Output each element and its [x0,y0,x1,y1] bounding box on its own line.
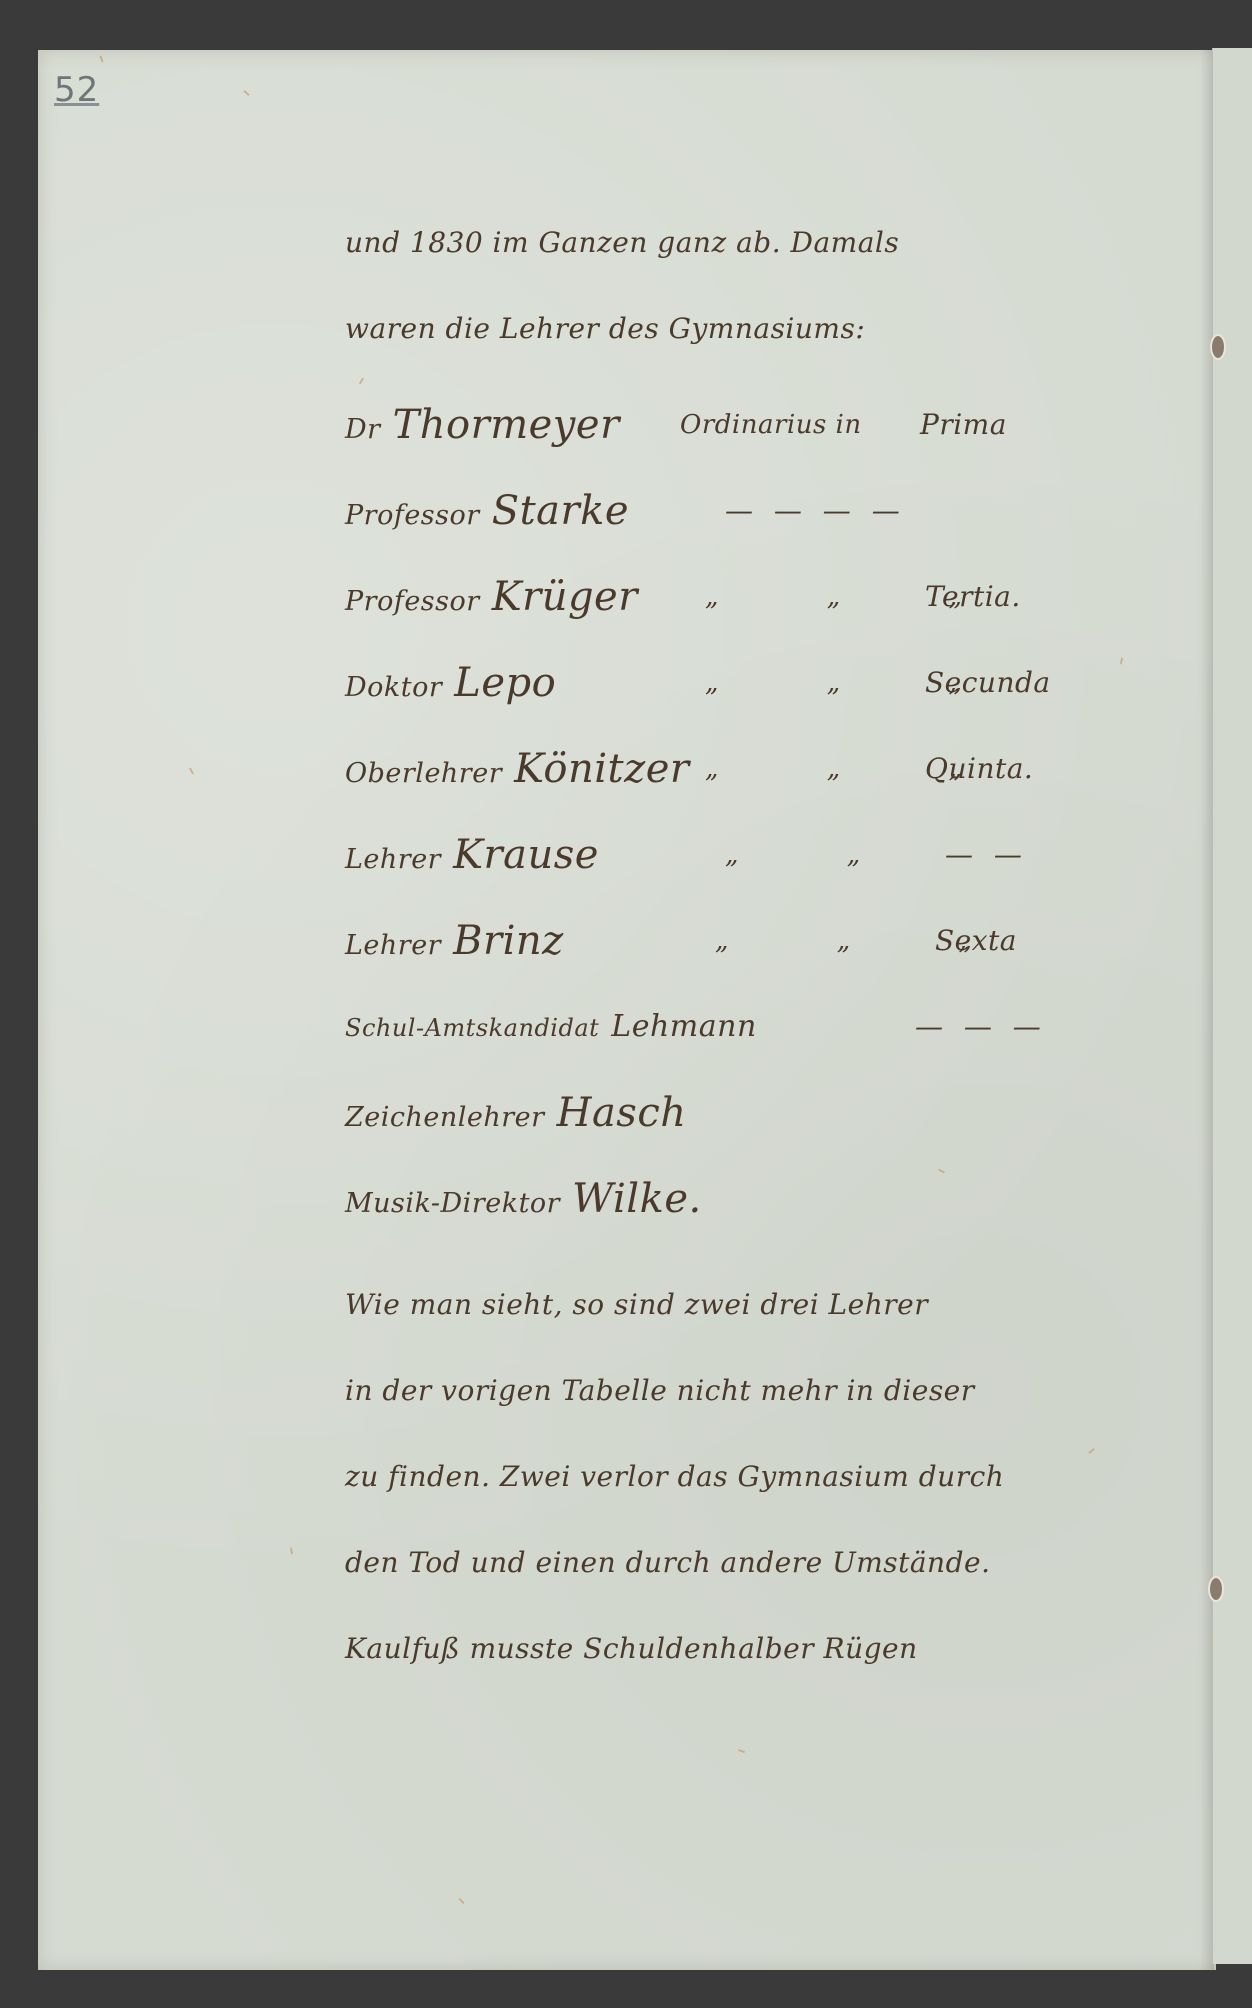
paper-fleck [290,1547,293,1554]
staff-title: Professor [345,559,480,645]
closing-line: Kaulfuß musste Schuldenhalber Rügen [345,1606,1105,1692]
closing-line: in der vorigen Tabelle nicht mehr in die… [345,1348,1105,1434]
staff-title: Professor [345,473,480,559]
closing-line: zu finden. Zwei verlor das Gymnasium dur… [345,1434,1105,1520]
paper-fleck [1120,657,1123,664]
staff-entry: Oberlehrer Könitzer „ „ „ Quinta. [345,726,1105,812]
staff-class: Secunda [925,640,1051,726]
staff-class: — — — [915,984,1047,1070]
staff-class: — — — — [725,468,906,554]
staff-entry: Zeichenlehrer Hasch [345,1070,1105,1156]
page-number: 52 [54,70,99,110]
staff-title: Lehrer [345,817,441,903]
staff-class: Tertia. [925,554,1021,640]
staff-title: Oberlehrer [345,731,502,817]
binding-hole [1210,1578,1222,1600]
staff-entry: Musik-Direktor Wilke. [345,1156,1105,1242]
staff-name: Brinz [453,898,564,984]
staff-name: Thormeyer [393,382,620,468]
staff-role: „ „ [725,812,910,898]
staff-title: Dr [345,387,381,473]
staff-name: Krüger [492,554,638,640]
staff-entry: Lehrer Brinz „ „ „ Sexta [345,898,1105,984]
paper-fleck [458,1898,464,1905]
staff-name: Wilke. [572,1156,702,1242]
closing-line: den Tod und einen durch andere Umstände. [345,1520,1105,1606]
intro-line: und 1830 im Ganzen ganz ab. Damals [345,200,1105,286]
staff-entry: Professor Krüger „ „ „ Tertia. [345,554,1105,640]
staff-title: Schul-Amtskandidat [345,985,599,1071]
paper-fleck [189,767,194,774]
staff-name: Könitzer [514,726,689,812]
paper-fleck [243,90,250,96]
staff-title: Lehrer [345,903,441,989]
staff-role: Ordinarius in [680,382,862,468]
intro-line: waren die Lehrer des Gymnasiums: [345,286,1105,372]
staff-name: Hasch [557,1070,687,1156]
manuscript-text: und 1830 im Ganzen ganz ab. Damals waren… [345,200,1105,1692]
staff-name: Lepo [454,640,556,726]
staff-title: Doktor [345,645,442,731]
staff-entry: Schul-Amtskandidat Lehmann — — — [345,984,1105,1070]
staff-class: — — [945,812,1028,898]
staff-class: Sexta [935,898,1017,984]
paper-fleck [738,1749,745,1753]
staff-name: Krause [453,812,599,898]
binding-hole [1212,336,1224,358]
staff-entry: Lehrer Krause „ „ — — [345,812,1105,898]
staff-name: Lehmann [611,984,756,1070]
staff-entry: Doktor Lepo „ „ „ Secunda [345,640,1105,726]
staff-entry: Dr Thormeyer Ordinarius in Prima [345,382,1105,468]
staff-title: Musik-Direktor [345,1161,560,1247]
staff-class: Prima [920,382,1007,468]
paper-fleck [99,55,103,62]
staff-title: Zeichenlehrer [345,1075,545,1161]
staff-name: Starke [492,468,629,554]
staff-class: Quinta. [925,726,1033,812]
staff-entry: Professor Starke — — — — [345,468,1105,554]
closing-line: Wie man sieht, so sind zwei drei Lehrer [345,1262,1105,1348]
